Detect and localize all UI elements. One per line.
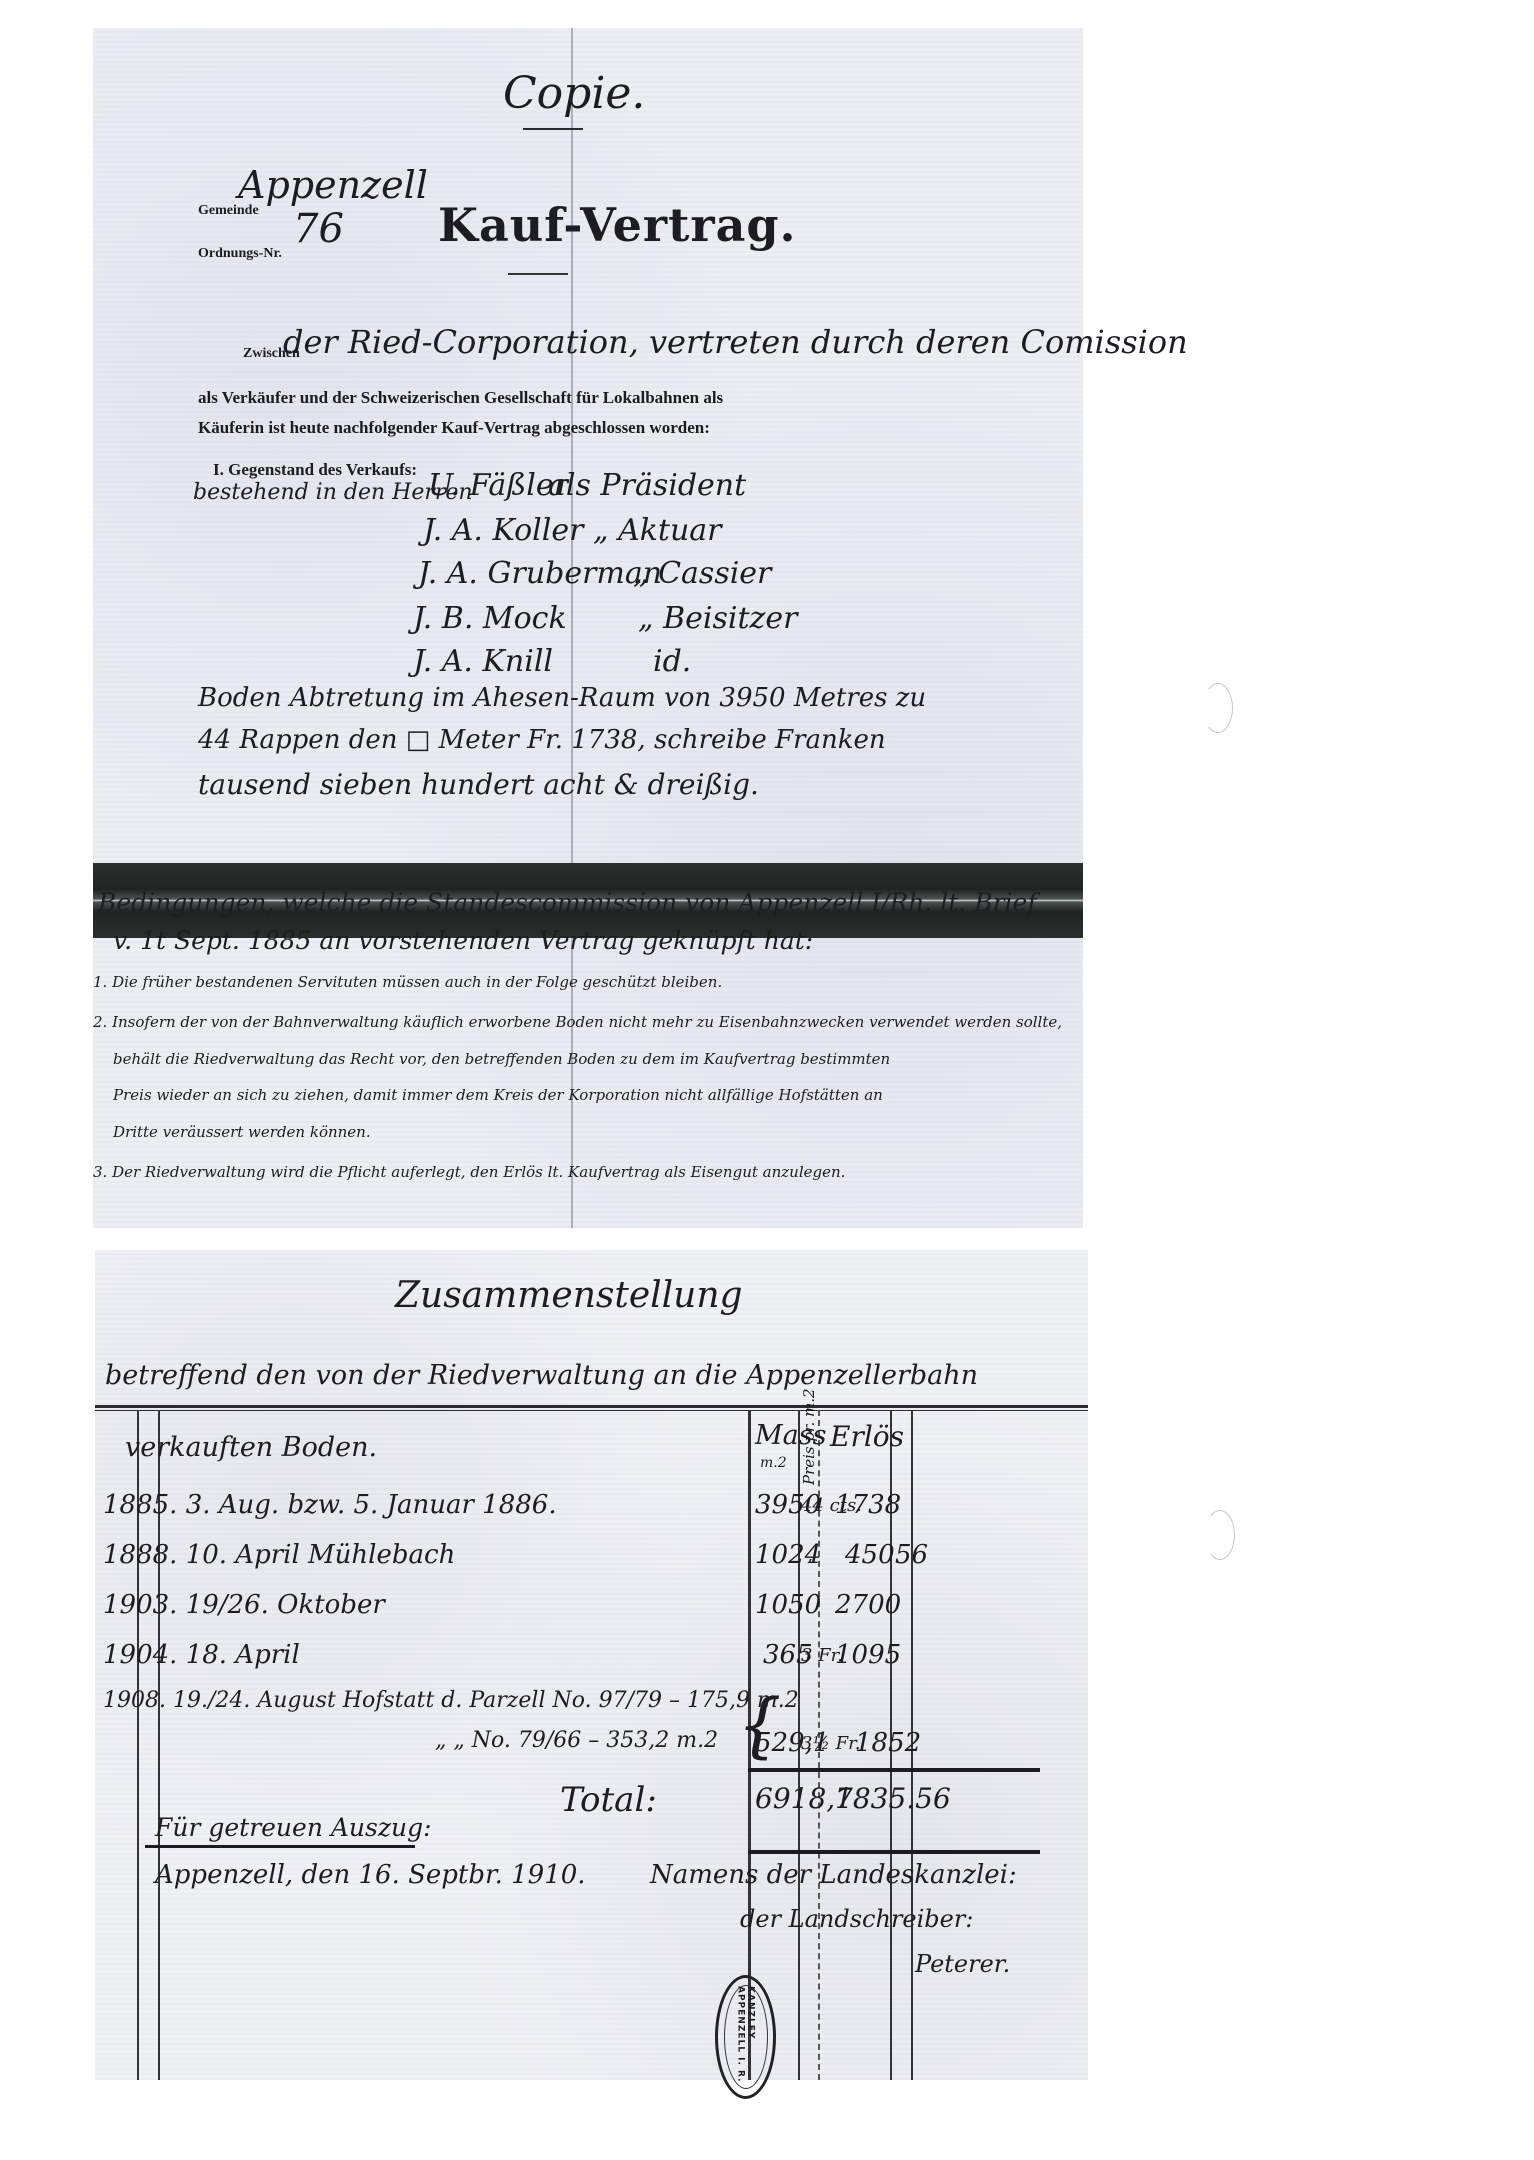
member-role: als Präsident: [548, 468, 746, 503]
ordnungs-label: Ordnungs-Nr.: [198, 246, 282, 262]
row-description: 1903. 19/26. Oktober: [103, 1590, 385, 1620]
title-rule: [508, 273, 568, 275]
row-erloes: 1852: [855, 1728, 921, 1758]
seller-name: der Ried-Corporation, vertreten durch de…: [283, 323, 1188, 361]
member-name: J. A. Knill: [413, 644, 553, 679]
member-name: J. A. Gruberman: [418, 556, 662, 591]
row-description: 1888. 10. April Mühlebach: [103, 1540, 455, 1570]
copy-mark: Copie.: [503, 68, 645, 119]
parties-line-2: Käuferin ist heute nachfolgender Kauf-Ve…: [198, 418, 710, 438]
seal-stamp-icon: KANZLEY APPENZELL I. R.: [715, 1975, 776, 2099]
namens-label: Namens der Landeskanzlei:: [650, 1860, 1017, 1890]
column-header-mass-unit: m.2: [760, 1455, 787, 1471]
column-header-preis: Preis pr. m.2: [800, 1388, 818, 1485]
column-header-erloes: Erlös: [830, 1420, 904, 1453]
document-title: Kauf-Vertrag.: [438, 198, 797, 252]
description-line: Boden Abtretung im Ahesen-Raum von 3950 …: [198, 683, 926, 713]
total-rule: [748, 1768, 1040, 1772]
conditions-heading: Bedingungen, welche die Standescommissio…: [98, 888, 1037, 917]
condition-item: 2. Insofern der von der Bahnverwaltung k…: [93, 1013, 1062, 1031]
summary-title: Zusammenstellung: [395, 1275, 743, 1316]
table-top-rule: [95, 1405, 1088, 1408]
row-description: 1908. 19./24. August Hofstatt d. Parzell…: [103, 1688, 799, 1713]
row-rappen: 56: [895, 1540, 928, 1570]
condition-item: 3. Der Riedverwaltung wird die Pflicht a…: [93, 1163, 845, 1181]
member-role: „ Aktuar: [593, 513, 722, 548]
seal-text: KANZLEY APPENZELL I. R.: [724, 1985, 768, 2089]
total-bottom-rule: [748, 1850, 1040, 1854]
row-description: 1904. 18. April: [103, 1640, 300, 1670]
column-header-description: verkauften Boden.: [125, 1432, 377, 1463]
row-erloes: 2700: [835, 1590, 901, 1620]
row-erloes: 1738: [835, 1490, 901, 1520]
condition-item: 1. Die früher bestandenen Servituten müs…: [93, 973, 722, 991]
attestation: Für getreuen Auszug:: [155, 1813, 432, 1842]
zusammenstellung-scan: Zusammenstellung betreffend den von der …: [95, 1250, 1088, 2080]
section-heading: I. Gegenstand des Verkaufs:: [213, 460, 417, 480]
punch-hole-mark: [1205, 1510, 1235, 1560]
gemeinde-value: Appenzell: [238, 163, 428, 207]
signature: Peterer.: [915, 1950, 1010, 1978]
member-name: J. B. Mock: [413, 601, 567, 636]
row-description: 1885. 3. Aug. bzw. 5. Januar 1886.: [103, 1490, 557, 1520]
row-mass: 1050: [755, 1590, 821, 1620]
punch-hole-mark: [1203, 683, 1233, 733]
member-role: id.: [653, 644, 691, 679]
place-date: Appenzell, den 16. Septbr. 1910.: [155, 1860, 586, 1890]
conditions-heading: v. 1t Sept. 1885 an vorstehenden Vertrag…: [113, 926, 813, 955]
condition-item: Dritte veräussert werden können.: [113, 1123, 371, 1141]
member-role: „ Beisitzer: [638, 601, 797, 636]
landschreiber-label: der Landschreiber:: [740, 1905, 973, 1933]
member-role: „ Cassier: [633, 556, 771, 591]
description-line: 44 Rappen den □ Meter Fr. 1738, schreibe…: [198, 725, 886, 755]
table-top-rule-thin: [95, 1410, 1088, 1411]
kaufvertrag-scan: Copie. Gemeinde Appenzell Ordnungs-Nr. 7…: [93, 28, 1083, 1228]
row-erloes: 1095: [835, 1640, 901, 1670]
row-price: „: [807, 1545, 816, 1566]
condition-item: Preis wieder an sich zu ziehen, damit im…: [113, 1086, 883, 1104]
row-description: „ „ No. 79/66 – 353,2 m.2: [435, 1728, 718, 1753]
total-label: Total:: [560, 1780, 657, 1820]
member-name: U. Fäßler: [428, 468, 568, 503]
row-price: 3½ Fr.: [801, 1733, 860, 1754]
attestation-rule: [145, 1845, 415, 1848]
member-name: J. A. Koller: [423, 513, 583, 548]
parties-line-1: als Verkäufer und der Schweizerischen Ge…: [198, 388, 723, 408]
total-erloes: 7835.56: [835, 1782, 951, 1815]
condition-item: behält die Riedverwaltung das Recht vor,…: [113, 1050, 890, 1068]
copy-mark-underline: [523, 128, 583, 130]
row-erloes: 450: [845, 1540, 895, 1570]
ordnungs-value: 76: [293, 206, 344, 252]
summary-subtitle: betreffend den von der Riedverwaltung an…: [105, 1360, 978, 1391]
